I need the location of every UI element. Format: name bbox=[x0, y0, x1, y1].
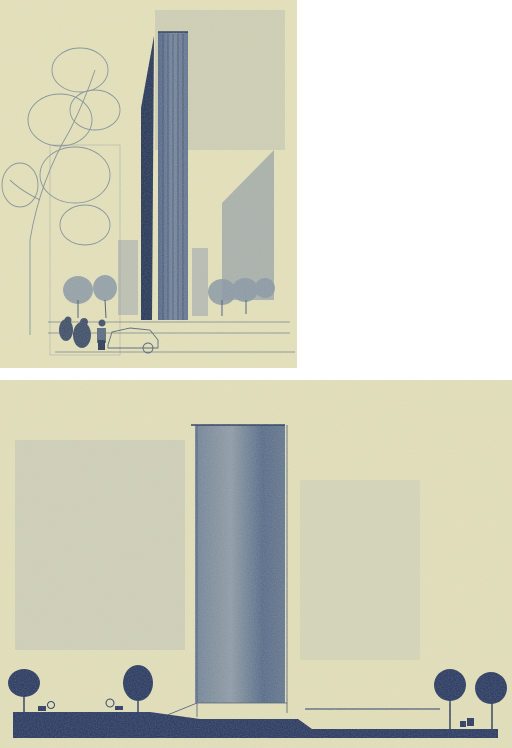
elevation-sketch bbox=[0, 380, 512, 748]
perspective-drawing bbox=[0, 0, 297, 368]
perspective-sketch bbox=[0, 0, 297, 368]
elevation-drawing bbox=[0, 380, 512, 748]
